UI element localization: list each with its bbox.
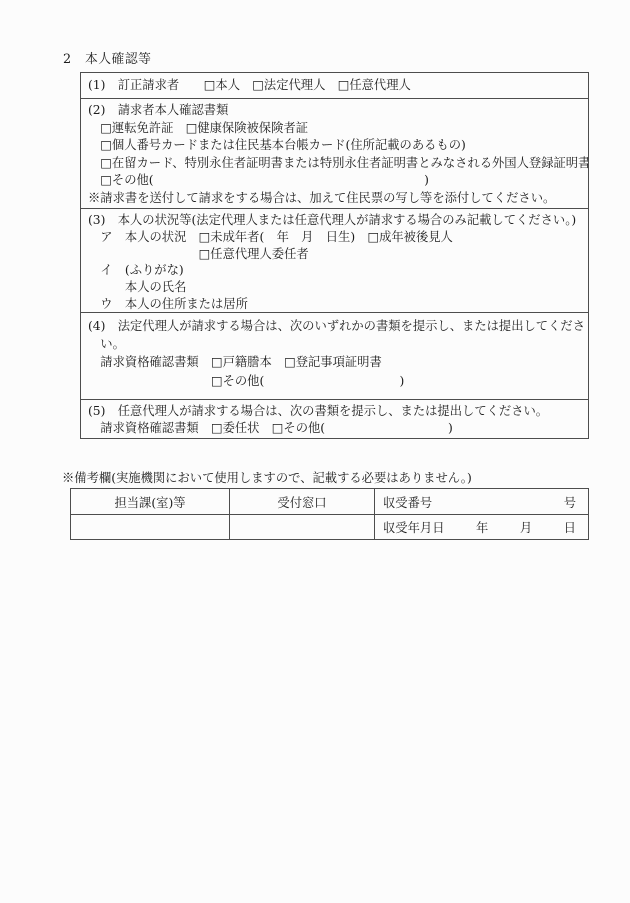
cell-reception-desk-header: 受付窓口 [229,489,374,514]
identity-documents-title: (2) 請求者本人確認書類 [88,102,582,120]
status-checkbox-line: ア 本人の状況 □未成年者( 年 月 日生) □成年被後見人 [88,229,582,246]
row-principal-status: (3) 本人の状況等(法定代理人または任意代理人が請求する場合のみ記載してくださ… [81,208,588,312]
row-legal-representative: (4) 法定代理人が請求する場合は、次のいずれかの書類を提示し、または提出してく… [81,312,588,399]
checkbox-line-mynumber-card: □個人番号カードまたは住民基本台帳カード(住所記載のあるもの) [88,137,582,155]
legal-representative-text-2: い。 [88,335,582,353]
remarks-value-row: 収受年月日 年 月 日 [71,514,588,539]
voluntary-qualification-docs-line: 請求資格確認書類 □委任状 □その他( ) [88,420,582,437]
page: { "colors": { "background": "#fcfcfc", "… [0,0,630,903]
receipt-date-label: 収受年月日 [383,518,445,536]
row-voluntary-representative: (5) 任意代理人が請求する場合は、次の書類を提示し、または提出してください。 … [81,399,588,438]
receipt-number-unit: 号 [564,493,576,511]
qualification-docs-line: 請求資格確認書類 □戸籍謄本 □登記事項証明書 [88,353,582,371]
remarks-note: ※備考欄(実施機関において使用しますので、記載する必要はありません。) [62,468,472,486]
checkbox-line-other: □その他( ) [88,172,582,190]
receipt-date-day: 日 [564,518,576,536]
row-identity-documents: (2) 請求者本人確認書類 □運転免許証 □健康保険被保険者証 □個人番号カード… [81,98,588,208]
furigana-label-line: イ (ふりがな) [88,262,582,279]
row-correction-requester: (1) 訂正請求者 □本人 □法定代理人 □任意代理人 [81,73,588,98]
checkbox-line-residence-card: □在留カード、特別永住者証明書または特別永住者証明書とみなされる外国人登録証明書 [88,155,582,173]
cell-department-header: 担当課(室)等 [71,489,229,514]
section-heading: 2 本人確認等 [63,48,151,67]
correction-requester-line: (1) 訂正請求者 □本人 □法定代理人 □任意代理人 [88,75,582,96]
checkbox-line-license: □運転免許証 □健康保険被保険者証 [88,120,582,138]
receipt-date-year: 年 [476,518,488,536]
remarks-table: 担当課(室)等 受付窓口 収受番号 号 収受年月日 年 月 日 [70,488,589,540]
cell-receipt-number: 収受番号 号 [374,489,587,514]
mailing-note: ※請求書を送付して請求をする場合は、加えて住民票の写し等を添付してください。 [88,190,582,208]
status-checkbox-line-2: □任意代理人委任者 [88,246,582,263]
principal-status-title: (3) 本人の状況等(法定代理人または任意代理人が請求する場合のみ記載してくださ… [88,212,582,229]
principal-address-label-line: ウ 本人の住所または居所 [88,296,582,312]
receipt-date-month: 月 [520,518,532,536]
remarks-header-row: 担当課(室)等 受付窓口 収受番号 号 [71,489,588,514]
voluntary-representative-text: (5) 任意代理人が請求する場合は、次の書類を提示し、または提出してください。 [88,403,582,420]
receipt-number-label: 収受番号 [383,493,432,511]
qualification-docs-other-line: □その他( ) [88,372,582,390]
cell-department-value [71,515,229,539]
legal-representative-text-1: (4) 法定代理人が請求する場合は、次のいずれかの書類を提示し、または提出してく… [88,317,582,335]
cell-receipt-date: 収受年月日 年 月 日 [374,515,587,539]
cell-reception-desk-value [229,515,374,539]
principal-name-label-line: 本人の氏名 [88,279,582,296]
identity-verification-table: (1) 訂正請求者 □本人 □法定代理人 □任意代理人 (2) 請求者本人確認書… [80,72,589,439]
